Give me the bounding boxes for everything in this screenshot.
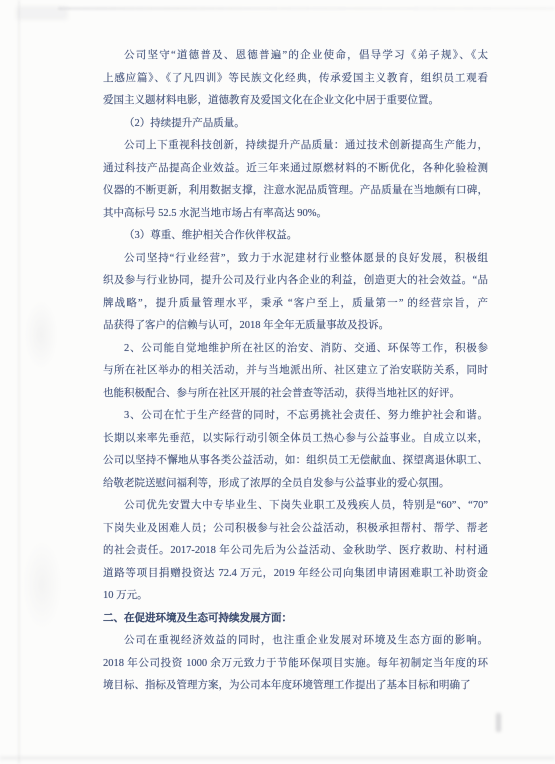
text-line: 下岗失业及困难人员；公司积极参与社会公益活动，积极承担帮村、帮学、帮老 bbox=[103, 518, 488, 541]
scan-left-edge bbox=[18, 0, 20, 764]
text-line: （3）尊重、维护相关合作伙伴权益。 bbox=[103, 225, 488, 248]
scan-blotch bbox=[24, 300, 58, 370]
text-line: 2、公司能自觉地维护所在社区的治安、消防、交通、环保等工作，积极参 bbox=[103, 338, 488, 361]
text-line: 公司上下重视科技创新，持续提升产品质量：通过技术创新提高生产能力， bbox=[103, 135, 488, 158]
text-line: 二、在促进环境及生态可持续发展方面： bbox=[103, 608, 488, 631]
text-line: 给敬老院送慰问福利等，形成了浓厚的全员自发参与公益事业的爱心氛围。 bbox=[103, 473, 488, 496]
text-line: 10 万元。 bbox=[103, 585, 488, 608]
partner-rights-paragraph: 公司坚持“行业经营”，致力于水泥建材行业整体愿景的良好发展，积极组织及参与行业协… bbox=[103, 248, 488, 338]
subheading-product-quality: （2）持续提升产品质量。 bbox=[103, 113, 488, 136]
document-page: 公司坚守“道德普及、恩德普遍”的企业使命，倡导学习《弟子规》、《太上感应篇》、《… bbox=[0, 0, 555, 764]
text-line: 长期以来率先垂范，以实际行动引领全体员工热心参与公益事业。自成立以来， bbox=[103, 428, 488, 451]
scan-corner-shadow bbox=[16, 6, 68, 20]
text-line: （2）持续提升产品质量。 bbox=[103, 113, 488, 136]
text-line: 其中高标号 52.5 水泥当地市场占有率高达 90%。 bbox=[103, 203, 488, 226]
text-line: 与所在社区举办的相关活动，并与当地派出所、社区建立了治安联防关系，同时 bbox=[103, 360, 488, 383]
section-heading-environment: 二、在促进环境及生态可持续发展方面： bbox=[103, 608, 488, 631]
text-line: 牌战略”，提升质量管理水平，秉承 “客户至上，质量第一” 的经营宗旨，产 bbox=[103, 293, 488, 316]
scan-top-edge bbox=[58, 7, 555, 10]
text-line: 的社会责任。2017-2018 年公司先后为公益活动、金秋助学、医疗救助、村村通 bbox=[103, 540, 488, 563]
page-number-smudge bbox=[496, 713, 501, 732]
environment-paragraph: 公司在重视经济效益的同时，也注重企业发展对环境及生态方面的影响。2018 年公司… bbox=[103, 630, 488, 698]
text-line: 境目标、指标及管理方案，为公司本年度环境管理工作提出了基本目标和明确了 bbox=[103, 675, 488, 698]
text-line: 公司以坚持不懈地从事各类公益活动，如：组织员工无偿献血、探望离退休职工、 bbox=[103, 450, 488, 473]
text-line: 爱国主义题材料电影，道德教育及爱国文化在企业文化中居于重要位置。 bbox=[103, 90, 488, 113]
text-line: 仪器的不断更新，利用数据支撑，注意水泥品质管理。产品质量在当地颇有口碑， bbox=[103, 180, 488, 203]
text-line: 公司坚持“行业经营”，致力于水泥建材行业整体愿景的良好发展，积极组 bbox=[103, 248, 488, 271]
public-welfare-paragraph: 3、公司在忙于生产经营的同时，不忘勇挑社会责任、努力维护社会和谐。长期以来率先垂… bbox=[103, 405, 488, 495]
text-line: 2018 年公司投资 1000 余万元致力于节能环保项目实施。每年初制定当年度的… bbox=[103, 653, 488, 676]
text-line: 3、公司在忙于生产经营的同时，不忘勇挑社会责任、努力维护社会和谐。 bbox=[103, 405, 488, 428]
subheading-partner-rights: （3）尊重、维护相关合作伙伴权益。 bbox=[103, 225, 488, 248]
text-line: 通过科技产品提高企业效益。近三年来通过原燃材料的不断优化，各种化验检测 bbox=[103, 158, 488, 181]
corporate-culture-paragraph: 公司坚守“道德普及、恩德普遍”的企业使命，倡导学习《弟子规》、《太上感应篇》、《… bbox=[103, 45, 488, 113]
text-line: 公司在重视经济效益的同时，也注重企业发展对环境及生态方面的影响。 bbox=[103, 630, 488, 653]
product-quality-paragraph: 公司上下重视科技创新，持续提升产品质量：通过技术创新提高生产能力，通过科技产品提… bbox=[103, 135, 488, 225]
employment-donation-paragraph: 公司优先安置大中专毕业生、下岗失业职工及残疾人员，特别是“60”、“70”下岗失… bbox=[103, 495, 488, 608]
text-line: 织及参与行业协同，提升公司及行业内各企业的利益，创造更大的社会效益。“品 bbox=[103, 270, 488, 293]
document-text-block: 公司坚守“道德普及、恩德普遍”的企业使命，倡导学习《弟子规》、《太上感应篇》、《… bbox=[103, 45, 488, 698]
scan-bottom-edge bbox=[0, 756, 555, 760]
text-line: 公司坚守“道德普及、恩德普遍”的企业使命，倡导学习《弟子规》、《太 bbox=[103, 45, 488, 68]
text-line: 道路等项目捐赠投资达 72.4 万元，2019 年经公司向集团申请困难职工补助资… bbox=[103, 563, 488, 586]
scan-blotch bbox=[22, 540, 62, 630]
text-line: 上感应篇》、《了凡四训》等民族文化经典，传承爱国主义教育，组织员工观看 bbox=[103, 68, 488, 91]
text-line: 也能积极配合、参与所在社区开展的社会普查等活动，获得当地社区的好评。 bbox=[103, 383, 488, 406]
text-line: 公司优先安置大中专毕业生、下岗失业职工及残疾人员，特别是“60”、“70” bbox=[103, 495, 488, 518]
text-line: 品获得了客户的信赖与认可，2018 年全年无质量事故及投诉。 bbox=[103, 315, 488, 338]
community-paragraph: 2、公司能自觉地维护所在社区的治安、消防、交通、环保等工作，积极参与所在社区举办… bbox=[103, 338, 488, 406]
